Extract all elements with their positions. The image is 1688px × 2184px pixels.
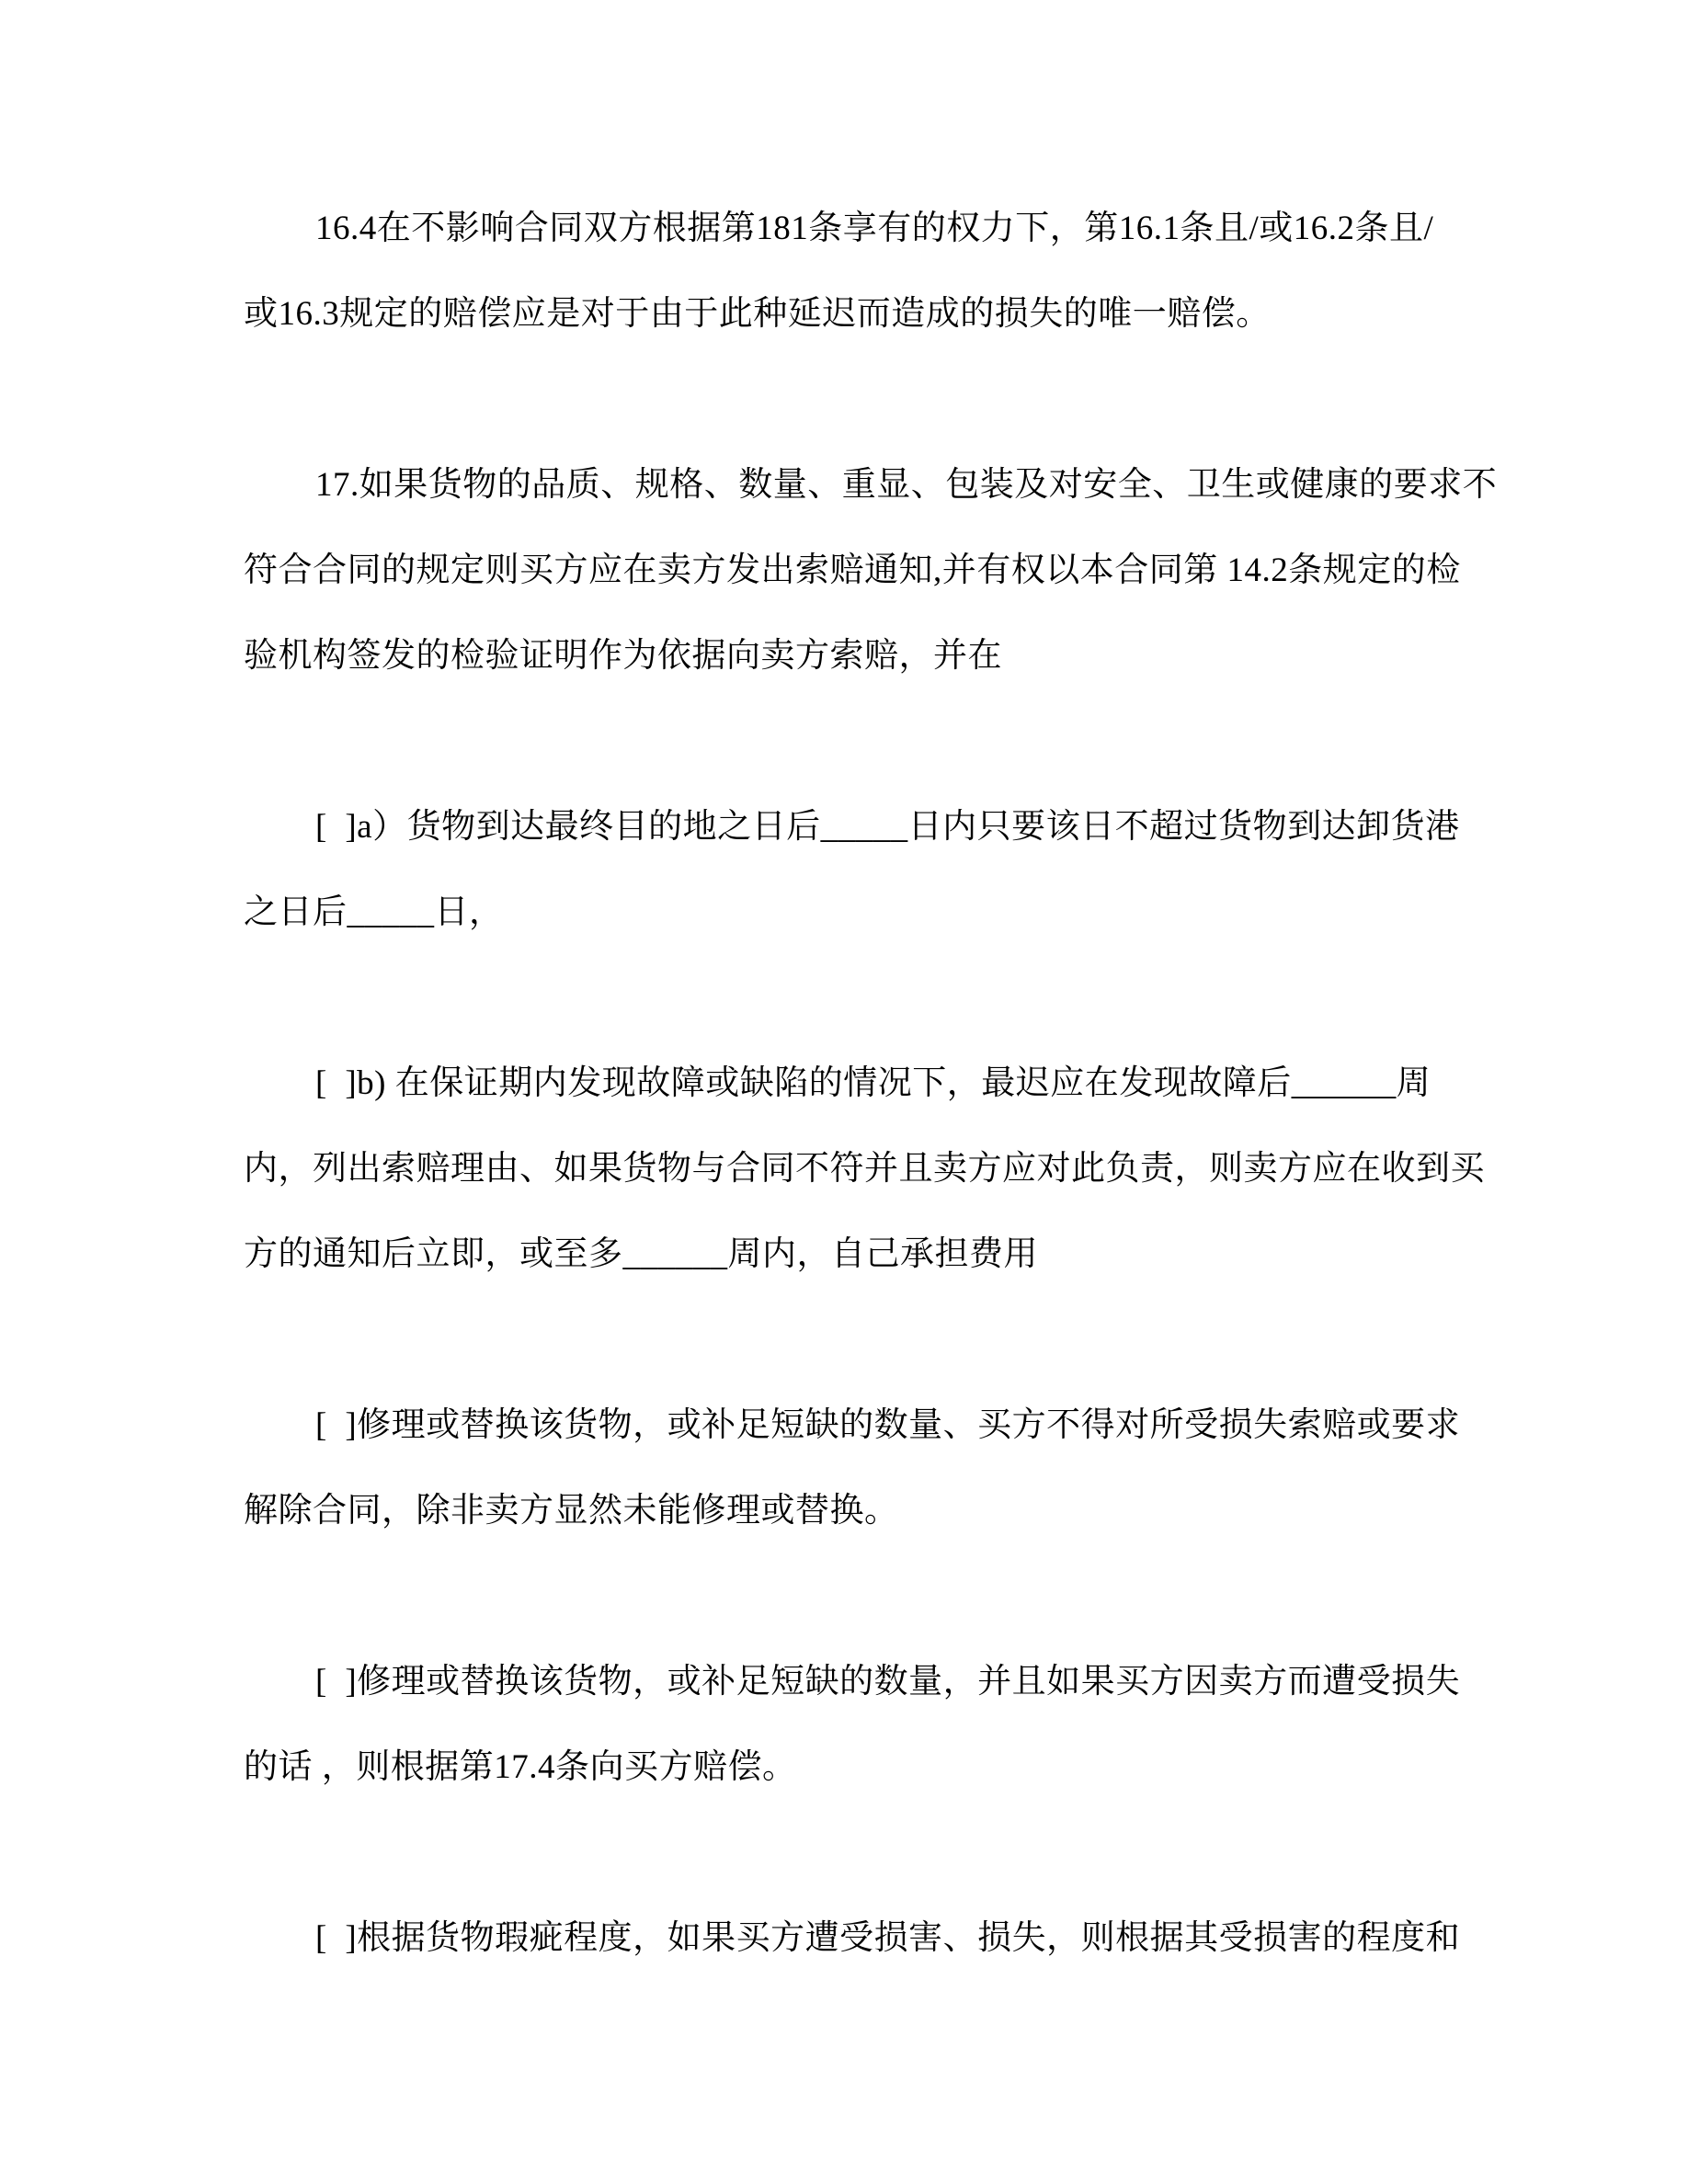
option-a-checkbox-line-1: [ ]a）货物到达最终目的地之日后_____日内只要该日不超过货物到达卸货港 bbox=[244, 784, 1504, 870]
clause-17-line-2: 符合合同的规定则买方应在卖方发出索赔通知,并有权以本合同第 14.2条规定的检 bbox=[244, 528, 1504, 613]
paragraph-option-b: [ ]b) 在保证期内发现故障或缺陷的情况下，最迟应在发现故障后______周 … bbox=[244, 1041, 1504, 1297]
clause-16-4-line-2: 或16.3规定的赔偿应是对于由于此种延迟而造成的损失的唯一赔偿。 bbox=[244, 271, 1504, 357]
clause-17-line-1: 17.如果货物的品质、规格、数量、重显、包装及对安全、卫生或健康的要求不 bbox=[244, 442, 1504, 528]
paragraph-option-repair-2: [ ]修理或替换该货物，或补足短缺的数量，并且如果买方因卖方而遭受损失 的话 ，… bbox=[244, 1639, 1504, 1810]
option-repair-2-line-2: 的话 ，则根据第17.4条向买方赔偿。 bbox=[244, 1724, 1504, 1810]
option-repair-2-checkbox-line-1: [ ]修理或替换该货物，或补足短缺的数量，并且如果买方因卖方而遭受损失 bbox=[244, 1639, 1504, 1724]
paragraph-clause-17: 17.如果货物的品质、规格、数量、重显、包装及对安全、卫生或健康的要求不 符合合… bbox=[244, 442, 1504, 699]
option-a-line-2: 之日后_____日， bbox=[244, 870, 1504, 955]
option-b-checkbox-line-1: [ ]b) 在保证期内发现故障或缺陷的情况下，最迟应在发现故障后______周 bbox=[244, 1041, 1504, 1126]
paragraph-clause-16-4: 16.4在不影响合同双方根据第181条享有的权力下，第16.1条且/或16.2条… bbox=[244, 186, 1504, 357]
paragraph-option-a: [ ]a）货物到达最终目的地之日后_____日内只要该日不超过货物到达卸货港 之… bbox=[244, 784, 1504, 955]
option-repair-1-line-2: 解除合同，除非卖方显然未能修理或替换。 bbox=[244, 1468, 1504, 1553]
option-b-line-2: 内，列出索赔理由、如果货物与合同不符并且卖方应对此负责，则卖方应在收到买 bbox=[244, 1126, 1504, 1211]
clause-16-4-line-1: 16.4在不影响合同双方根据第181条享有的权力下，第16.1条且/或16.2条… bbox=[244, 186, 1504, 271]
option-repair-1-checkbox-line-1: [ ]修理或替换该货物，或补足短缺的数量、买方不得对所受损失索赔或要求 bbox=[244, 1382, 1504, 1468]
option-b-line-3: 方的通知后立即，或至多______周内，自己承担费用 bbox=[244, 1211, 1504, 1297]
paragraph-option-repair-1: [ ]修理或替换该货物，或补足短缺的数量、买方不得对所受损失索赔或要求 解除合同… bbox=[244, 1382, 1504, 1553]
contract-document-page: 16.4在不影响合同双方根据第181条享有的权力下，第16.1条且/或16.2条… bbox=[0, 0, 1688, 2184]
clause-17-line-3: 验机构签发的检验证明作为依据向卖方索赔，并在 bbox=[244, 613, 1504, 699]
paragraph-option-defect: [ ]根据货物瑕疵程度，如果买方遭受损害、损失，则根据其受损害的程度和 bbox=[244, 1895, 1504, 1981]
option-defect-checkbox-line-1: [ ]根据货物瑕疵程度，如果买方遭受损害、损失，则根据其受损害的程度和 bbox=[244, 1895, 1504, 1981]
